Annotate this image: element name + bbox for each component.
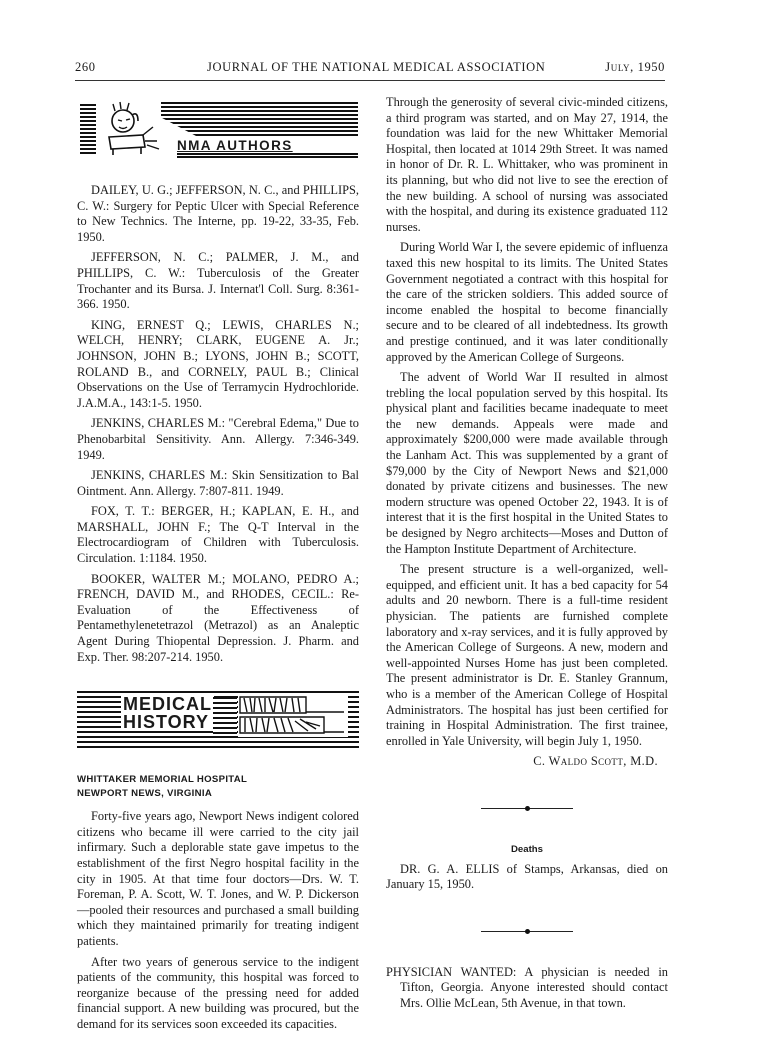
deaths-heading: Deaths <box>386 842 668 858</box>
banner-title-line1: MEDICAL <box>123 695 212 713</box>
section-divider <box>481 927 573 935</box>
banner-stripes <box>80 104 96 156</box>
medical-history-banner: MEDICAL HISTORY <box>77 687 359 751</box>
nma-authors-banner: NMA AUTHORS <box>77 99 359 159</box>
obituary-entry: DR. G. A. ELLIS of Stamps, Arkansas, die… <box>386 862 668 893</box>
banner-title-line2: HISTORY <box>123 713 212 731</box>
issue-date: July, 1950 <box>605 60 665 75</box>
article-paragraph: Through the generosity of several civic-… <box>386 95 668 235</box>
article-paragraph: The advent of World War II resulted in a… <box>386 370 668 557</box>
citation-entry: JEFFERSON, N. C.; PALMER, J. M., and PHI… <box>77 250 359 312</box>
banner-title: MEDICAL HISTORY <box>121 695 214 731</box>
citation-entry: JENKINS, CHARLES M.: "Cerebral Edema," D… <box>77 416 359 463</box>
author-signature: C. Waldo Scott, M.D. <box>386 754 658 770</box>
journal-page: 260 JOURNAL OF THE NATIONAL MEDICAL ASSO… <box>0 0 764 1039</box>
page-number: 260 <box>75 60 96 75</box>
divider-dot-icon <box>525 929 530 934</box>
citation-entry: BOOKER, WALTER M.; MOLANO, PEDRO A.; FRE… <box>77 572 359 666</box>
article-paragraph: After two years of generous service to t… <box>77 955 359 1033</box>
right-column: Through the generosity of several civic-… <box>386 95 668 1017</box>
banner-lines <box>132 102 358 138</box>
citation-entry: KING, ERNEST Q.; LEWIS, CHARLES N.; WELC… <box>77 318 359 412</box>
bookshelf-icon <box>238 695 348 737</box>
banner-title: NMA AUTHORS <box>177 138 293 154</box>
physician-wanted-notice: PHYSICIAN WANTED: A physician is needed … <box>386 965 668 1012</box>
left-column: NMA AUTHORS DAILEY, U. G.; JEFFERSON, N.… <box>77 95 359 1038</box>
running-header: 260 JOURNAL OF THE NATIONAL MEDICAL ASSO… <box>75 60 665 78</box>
scholar-writing-icon <box>99 101 161 157</box>
article-paragraph: The present structure is a well-organize… <box>386 562 668 749</box>
article-location: NEWPORT NEWS, VIRGINIA <box>77 787 359 801</box>
citation-entry: FOX, T. T.: BERGER, H.; KAPLAN, E. H., a… <box>77 504 359 566</box>
banner-lines <box>213 697 237 735</box>
article-paragraph: During World War I, the severe epidemic … <box>386 240 668 365</box>
banner-underlines <box>177 153 358 159</box>
article-paragraph: Forty-five years ago, Newport News indig… <box>77 809 359 949</box>
divider-dot-icon <box>525 806 530 811</box>
article-title: WHITTAKER MEMORIAL HOSPITAL <box>77 773 359 787</box>
citation-entry: JENKINS, CHARLES M.: Skin Sensitization … <box>77 468 359 499</box>
article-heading: WHITTAKER MEMORIAL HOSPITAL NEWPORT NEWS… <box>77 773 359 801</box>
header-rule <box>75 80 665 81</box>
citation-entry: DAILEY, U. G.; JEFFERSON, N. C., and PHI… <box>77 183 359 245</box>
journal-title: JOURNAL OF THE NATIONAL MEDICAL ASSOCIAT… <box>207 60 545 75</box>
section-divider <box>481 804 573 812</box>
